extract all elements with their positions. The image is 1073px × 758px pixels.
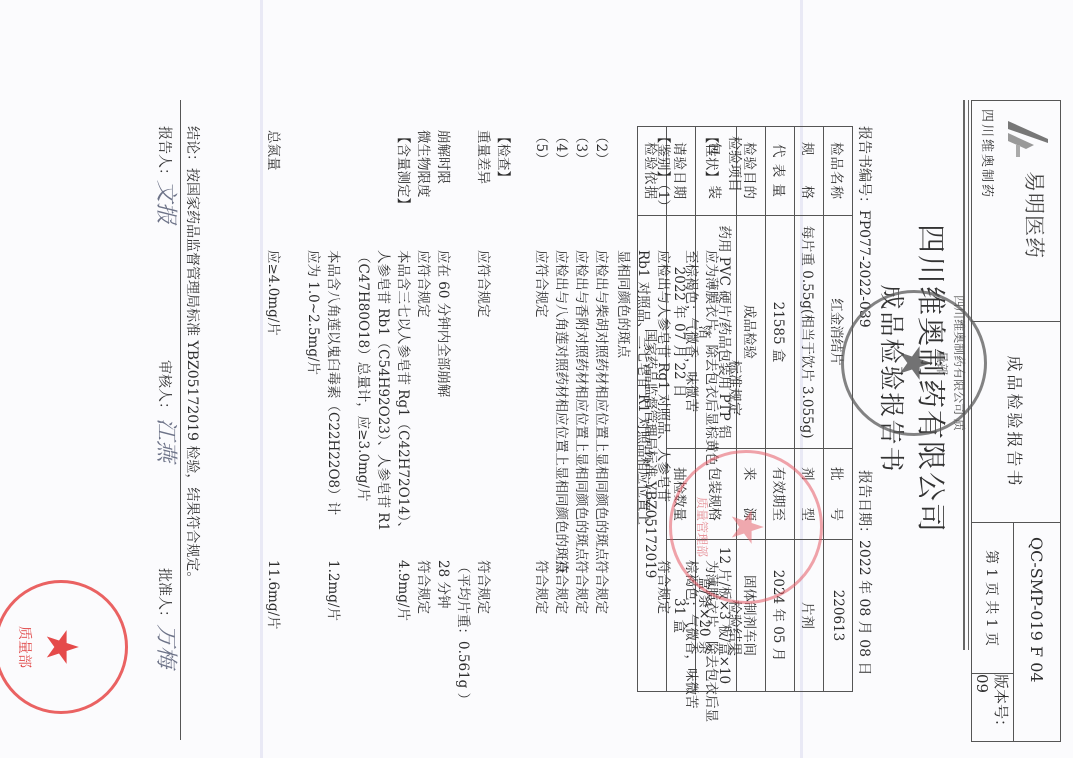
report-number: 报告书编号：FP077-2022-039 (855, 126, 875, 328)
reviewer-label: 审核人： (155, 360, 175, 416)
result-text: 4.9mg/片 (393, 560, 413, 621)
brand-name: 易明医药 (1020, 171, 1050, 259)
standard-text: 应检出与香附对照药材相应位置上显相同颜色的斑点 (571, 250, 591, 561)
result-text: 1.2mg/片 (323, 560, 343, 621)
brand-subtitle: 四川维奥制药 (979, 109, 998, 199)
doc-code: QC-SMP-019 F 04 (1013, 523, 1060, 741)
test-item: 总氮量 (263, 130, 283, 171)
result-text: 符合规定 (531, 560, 551, 614)
test-item: （2） (591, 130, 611, 166)
approver-label: 批准人： (155, 568, 175, 624)
standard-text: 应符合规定 (413, 250, 433, 318)
page-info: 第 1 页 共 1 页 (972, 523, 1013, 674)
star-icon: ★ (892, 343, 936, 382)
info-label: 代 表 量 (766, 127, 795, 216)
company-seal: 四川维奥制药有限公司 质量部 ★ (841, 290, 987, 436)
test-item: （4） (551, 130, 571, 166)
result-text: 符合规定 (551, 560, 571, 614)
reviewer-signature: 江燕 (152, 418, 183, 462)
result-text: 符合规定 (591, 560, 611, 614)
result-text: 符合规定 (571, 560, 591, 614)
test-item: 重量差异 (473, 130, 493, 184)
test-item: 【检查】 (493, 130, 513, 184)
standard-text: 显相同颜色的斑点 (613, 250, 633, 358)
info-label: 批 号 (824, 449, 853, 540)
inspection-seal-text: 质量管理部 (694, 453, 711, 601)
standard-text: 应为薄膜衣片，除去包衣后显棕黄色 (701, 250, 721, 466)
test-item: 【含量测定】 (393, 130, 413, 211)
standard-text: 应为 1.0~2.5mg/片 (303, 250, 323, 375)
star-icon: ★ (724, 507, 768, 546)
test-item: 【性状】 (701, 130, 721, 184)
approver-signature: 万梅 (152, 624, 183, 668)
standard-text: 应检出与八角莲对照药材相应位置上显相同颜色的斑点 (551, 250, 571, 574)
info-value: 220613 (824, 540, 853, 692)
reporter-label: 报告人： (155, 126, 175, 182)
qa-seal: 质量部 ★ (0, 580, 128, 714)
result-text: 符合规定 (653, 560, 673, 614)
inspection-report-page: 易明医药 四川维奥制药 成品检验报告书 QC-SMP-019 F 04 第 1 … (0, 0, 1073, 758)
standard-text: 应≥4.0mg/片 (263, 250, 283, 336)
conclusion: 结论：按国家药品监督管理局标准 YBZ05172019 检验，结果符合规定。 (183, 126, 203, 585)
header-box: 易明医药 四川维奥制药 成品检验报告书 QC-SMP-019 F 04 第 1 … (971, 100, 1061, 742)
result-text: 符合规定 (413, 560, 433, 614)
column-header-standard: 标准规定 (725, 360, 745, 416)
standard-text: 至棕褐色；气微香，味微苦 (681, 250, 701, 412)
test-item: （3） (571, 130, 591, 166)
standard-text: 应在 60 分钟内全部崩解 (433, 250, 453, 397)
info-value: 21585 盒 (766, 216, 795, 449)
version: 版本号：09 (972, 674, 1013, 741)
column-header-item: 检验项目 (725, 136, 745, 192)
column-header-result: 检验结果 (725, 600, 745, 656)
star-icon: ★ (39, 627, 83, 666)
standard-text: 应符合规定 (531, 250, 551, 318)
test-item: 微生物限度 (413, 130, 433, 198)
info-label: 规 格 (795, 127, 824, 216)
result-text: 28 分钟 (433, 560, 453, 608)
report-date: 报告日期：2022 年 08 月 08 日 (855, 470, 875, 676)
standard-text: 本品含三七以人参皂苷 Rg1（C42H72O14）、 (393, 250, 413, 535)
standard-text: 本品含八角莲以鬼臼毒素（C22H22O8）计 (323, 250, 343, 515)
brand-logo-icon (1006, 119, 1050, 159)
info-row: 代 表 量 21585 盒 有效期至 2024 年 05 月 (766, 127, 795, 692)
info-row: 检品名称 红金消结片 批 号 220613 (824, 127, 853, 692)
result-text: 11.6mg/片 (263, 560, 283, 630)
standard-text: Rb1 对照品、三七皂苷 R1 对照品相应位置上 (633, 250, 653, 525)
result-text: （平均片重：0.561g ） (453, 560, 473, 706)
standard-text: 应检出与人参皂苷 Rg1 对照品、人参皂苷 (653, 250, 673, 502)
standard-text: 应检出与柴胡对照药材相应位置上显相同颜色的斑点 (591, 250, 611, 561)
info-value: 每片重 0.55g(相当于饮片 3.055g) (795, 216, 824, 449)
standard-text: （C47H80O18）总量计，应≥3.0mg/片 (353, 250, 373, 501)
info-label: 检品名称 (824, 127, 853, 216)
scan-artifact (260, 0, 263, 758)
test-item: 崩解时限 (433, 130, 453, 184)
info-row: 规 格 每片重 0.55g(相当于饮片 3.055g) 剂 型 片剂 (795, 127, 824, 692)
reporter-signature: 文报 (152, 180, 183, 224)
test-item: 【鉴别】（1） (653, 130, 673, 213)
standard-text: 人参皂苷 Rb1（C54H92O23）、人参皂苷 R1 (373, 250, 393, 531)
inspection-seal: 质量管理部 ★ (669, 450, 823, 604)
standard-text: 应符合规定 (473, 250, 493, 318)
test-item: （5） (531, 130, 551, 166)
qa-seal-text: 质量部 (15, 583, 35, 711)
brand-logo: 易明医药 四川维奥制药 (972, 101, 1060, 322)
result-text: 符合规定 (473, 560, 493, 614)
